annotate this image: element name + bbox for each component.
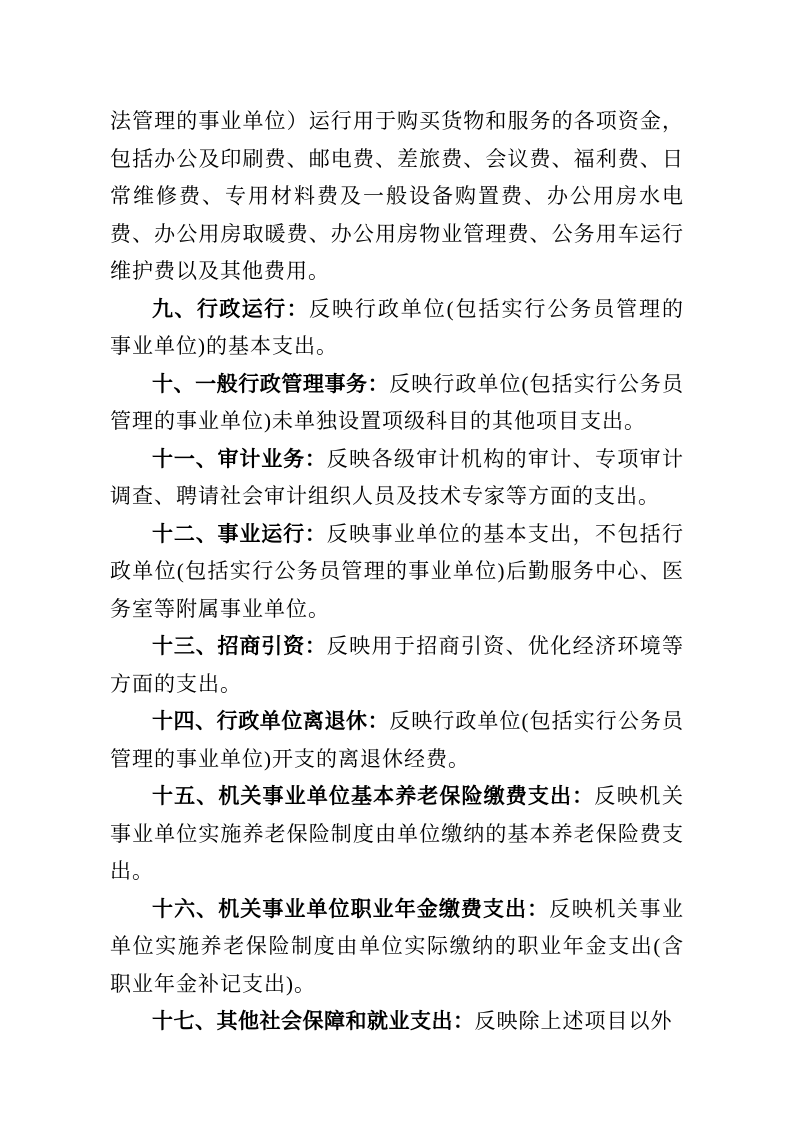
paragraph-heading: 十四、行政单位离退休： [152,710,389,733]
paragraph-heading: 十七、其他社会保障和就业支出： [152,1010,475,1033]
document-page: 法管理的事业单位）运行用于购买货物和服务的各项资金，包括办公及印刷费、邮电费、差… [0,0,793,1122]
paragraph-item-9: 九、行政运行：反映行政单位(包括实行公务员管理的事业单位)的基本支出。 [110,291,684,366]
text-block: 法管理的事业单位）运行用于购买货物和服务的各项资金，包括办公及印刷费、邮电费、差… [110,103,684,1041]
paragraph-item-16: 十六、机关事业单位职业年金缴费支出：反映机关事业单位实施养老保险制度由单位实际缴… [110,891,684,1004]
paragraph-heading: 十五、机关事业单位基本养老保险缴费支出： [152,785,594,808]
paragraph-heading: 九、行政运行： [152,298,309,321]
paragraph-continuation: 法管理的事业单位）运行用于购买货物和服务的各项资金，包括办公及印刷费、邮电费、差… [110,103,684,291]
paragraph-item-15: 十五、机关事业单位基本养老保险缴费支出：反映机关事业单位实施养老保险制度由单位缴… [110,778,684,891]
paragraph-text: 法管理的事业单位）运行用于购买货物和服务的各项资金，包括办公及印刷费、邮电费、差… [110,109,684,283]
paragraph-item-12: 十二、事业运行：反映事业单位的基本支出，不包括行政单位(包括实行公务员管理的事业… [110,516,684,629]
paragraph-heading: 十二、事业运行： [152,523,327,546]
paragraph-heading: 十三、招商引资： [152,635,327,658]
paragraph-item-17: 十七、其他社会保障和就业支出：反映除上述项目以外 [110,1003,684,1041]
paragraph-text: 反映除上述项目以外 [475,1009,673,1033]
paragraph-heading: 十六、机关事业单位职业年金缴费支出： [152,898,549,921]
paragraph-item-11: 十一、审计业务：反映各级审计机构的审计、专项审计调查、聘请社会审计组织人员及技术… [110,441,684,516]
paragraph-item-10: 十、一般行政管理事务：反映行政单位(包括实行公务员管理的事业单位)未单独设置项级… [110,366,684,441]
paragraph-item-14: 十四、行政单位离退休：反映行政单位(包括实行公务员管理的事业单位)开支的离退休经… [110,703,684,778]
paragraph-item-13: 十三、招商引资：反映用于招商引资、优化经济环境等方面的支出。 [110,628,684,703]
paragraph-heading: 十一、审计业务： [152,448,327,471]
paragraph-heading: 十、一般行政管理事务： [152,373,389,396]
